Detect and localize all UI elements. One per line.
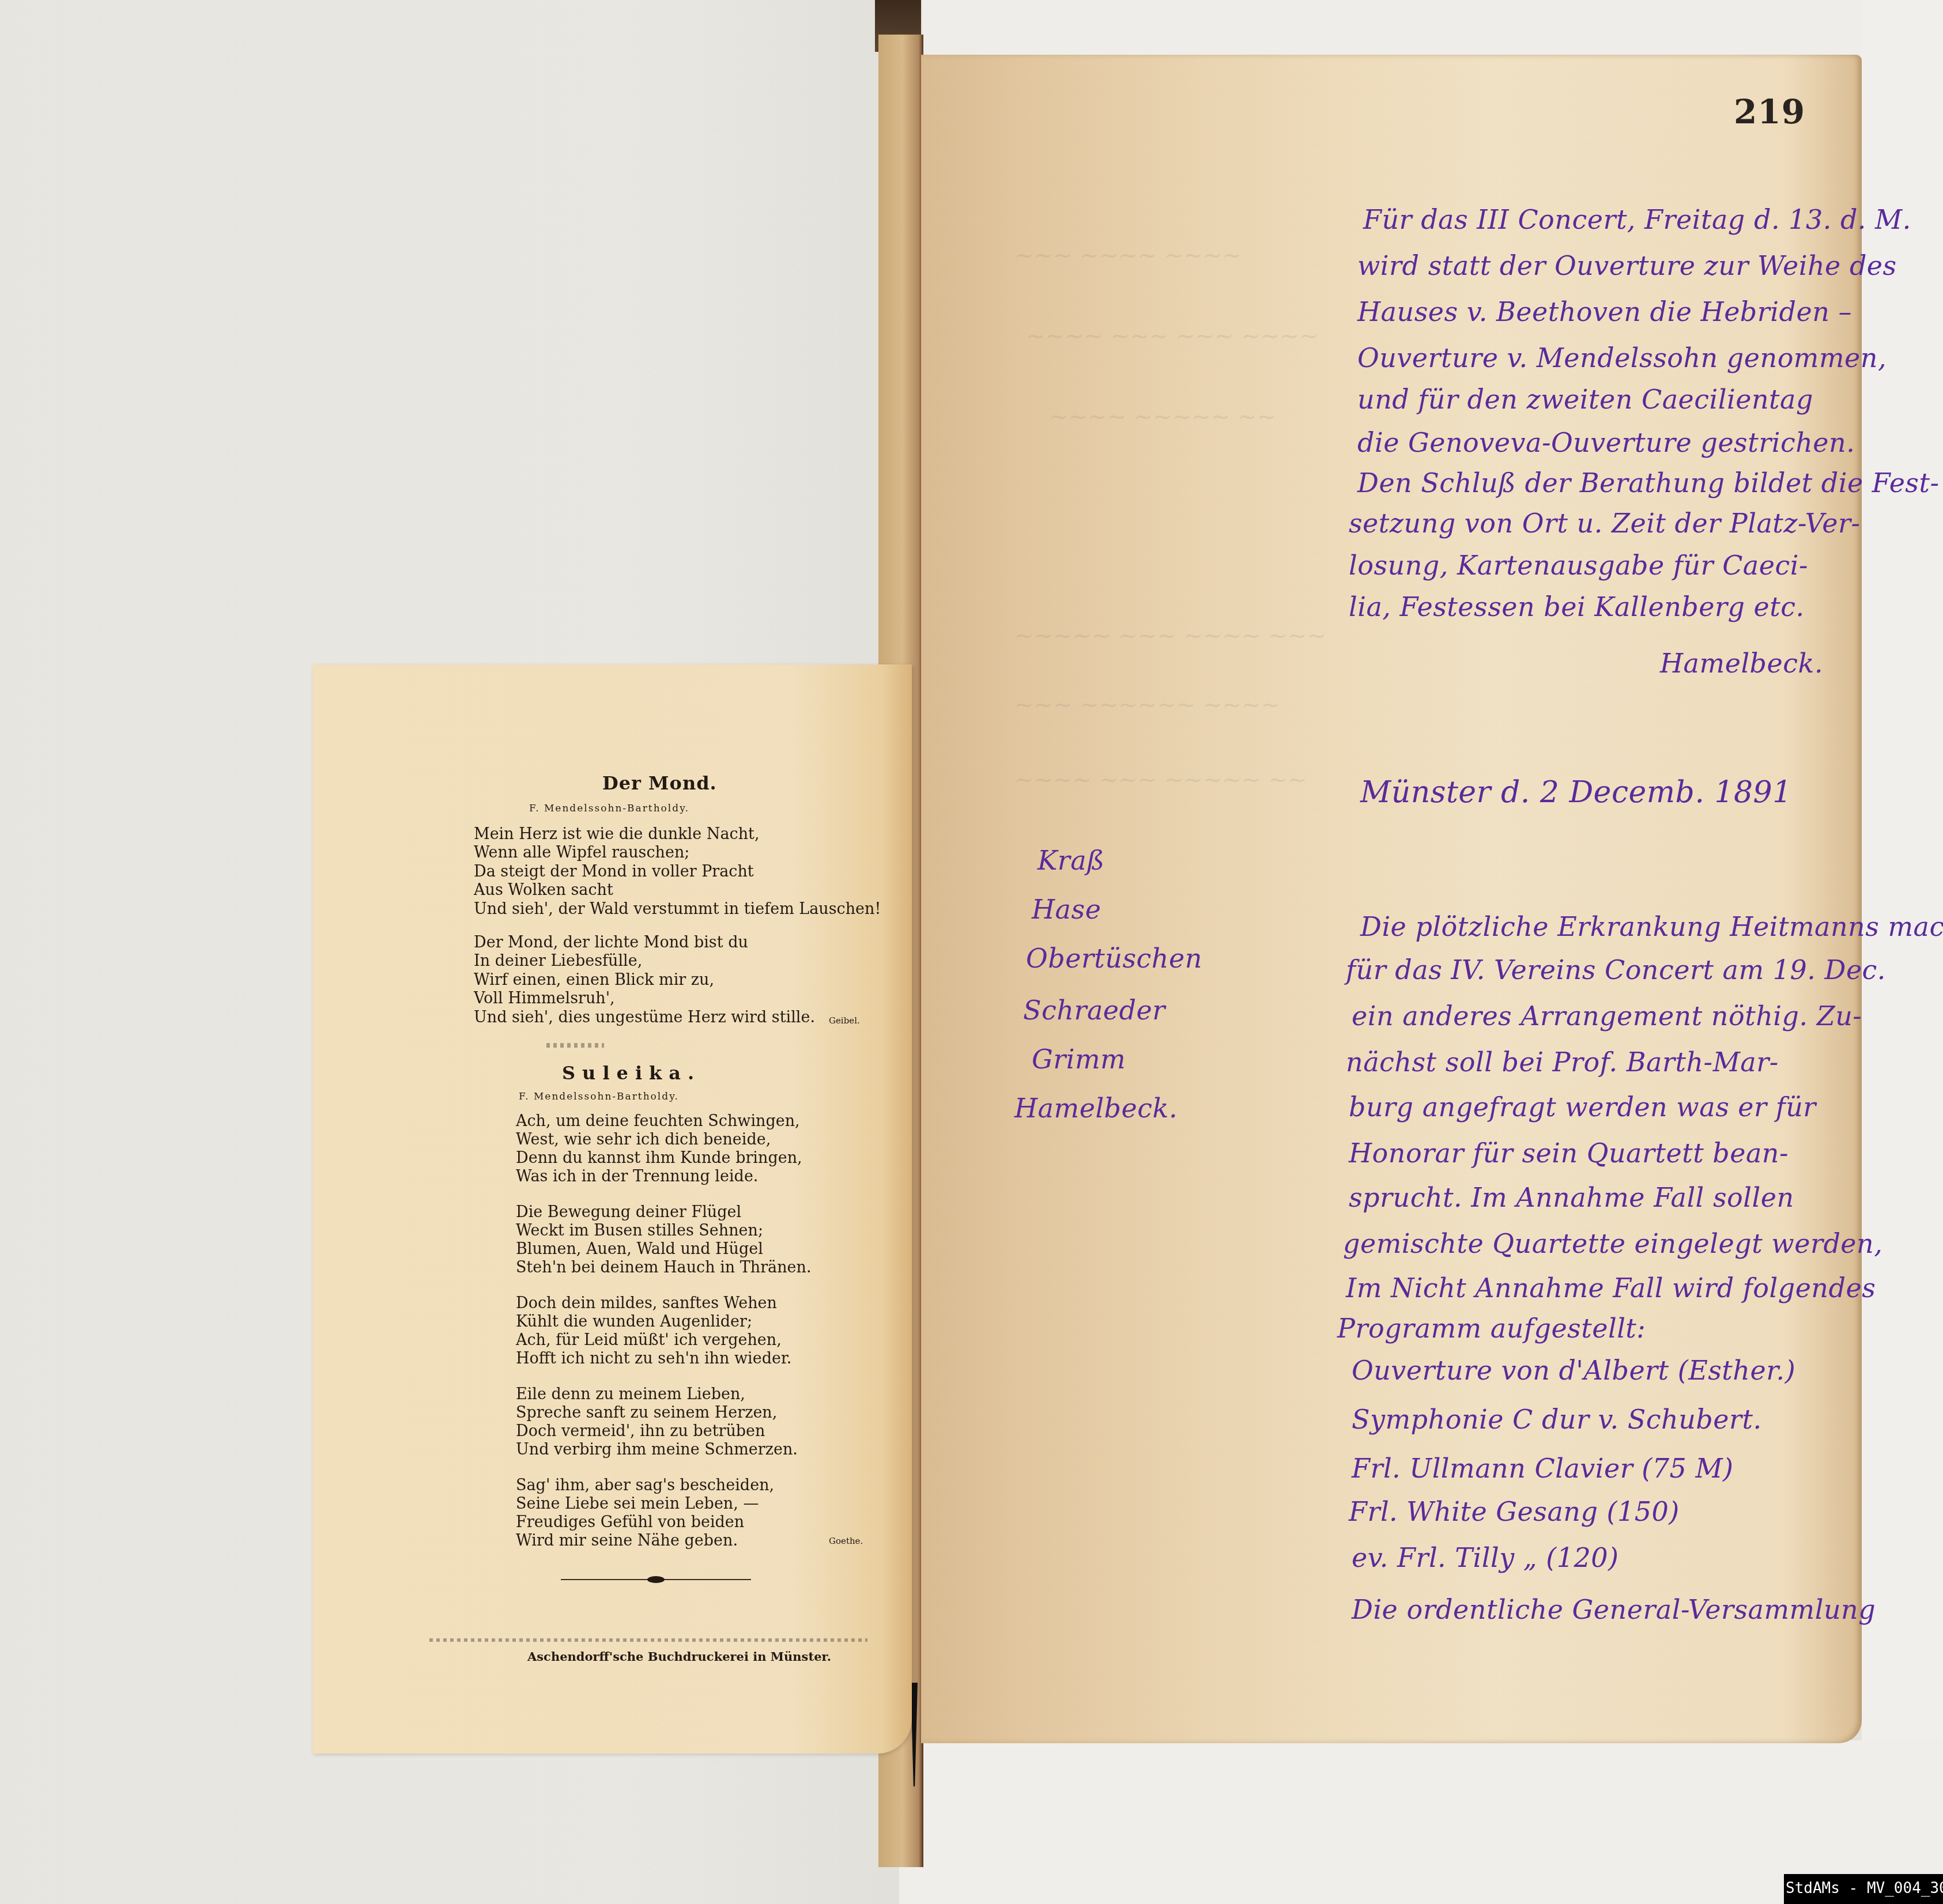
verse-line: Freudiges Gefühl von beiden [516,1513,744,1532]
verse-line: Und sieh', der Wald verstummt in tiefem … [474,900,881,919]
ornament-divider [561,1576,751,1583]
poem-title: Suleika. [562,1062,701,1084]
verse-line: Sag' ihm, aber sag's bescheiden, [516,1476,774,1495]
bleed-through-text: ~~~~ ~~~~~ ~~ [1049,403,1276,430]
attendee-name: Grimm [1032,1046,1126,1072]
footer-rule [429,1638,867,1642]
poem-poet: Geibel. [829,1015,860,1026]
verse-line: Doch dein mildes, sanftes Wehen [516,1294,777,1313]
verse-line: Wenn alle Wipfel rauschen; [474,844,689,863]
handwritten-line: gemischte Quartette eingelegt werden, [1343,1230,1882,1257]
attendee-name: Kraß [1037,847,1105,874]
program-item: Frl. Ullmann Clavier (75 M) [1352,1455,1734,1482]
verse-line: Ach, um deine feuchten Schwingen, [516,1112,800,1131]
verse-line: Steh'n bei deinem Hauch in Thränen. [516,1259,812,1278]
verse-line: Blumen, Auen, Wald und Hügel [516,1240,763,1259]
verse-line: Weckt im Busen stilles Sehnen; [516,1222,763,1241]
verse-line: Ach, für Leid müßt' ich vergehen, [516,1331,782,1350]
bleed-through-text: ~~~~ ~~~ ~~~ ~~~~ [1026,323,1318,349]
verse-line: Und sieh', dies ungestüme Herz wird stil… [474,1008,815,1027]
background-top-sheet [922,0,1943,58]
verse-line: Eile denn zu meinem Lieben, [516,1385,745,1404]
handwritten-line: sprucht. Im Annahme Fall sollen [1349,1184,1794,1211]
verse-line: Der Mond, der lichte Mond bist du [474,934,748,953]
handwritten-line: Die plötzliche Erkrankung Heitmanns mach… [1360,913,1943,940]
handwritten-line: Honorar für sein Quartett bean- [1349,1140,1789,1166]
handwritten-line: setzung von Ort u. Zeit der Platz-Ver- [1349,510,1861,537]
bleed-through-text: ~~~ ~~~~ ~~~~ [1014,242,1242,269]
handwritten-line: wird statt der Ouverture zur Weihe des [1357,252,1897,279]
poem-composer: F. Mendelssohn-Bartholdy. [529,803,689,814]
handwritten-line: für das IV. Vereins Concert am 19. Dec. [1346,957,1886,983]
bleed-through-text: ~~~ ~~~~~~ ~~~~ [1014,692,1280,718]
verse-line: Wird mir seine Nähe geben. [516,1532,738,1551]
handwritten-line: Programm aufgestellt: [1337,1315,1646,1342]
verse-line: Denn du kannst ihm Kunde bringen, [516,1149,802,1168]
attendee-name: Schraeder [1023,997,1165,1023]
handwritten-line: Im Nicht Annahme Fall wird folgendes [1346,1275,1876,1301]
verse-line: Voll Himmelsruh', [474,989,615,1008]
verse-line: Und verbirg ihm meine Schmerzen. [516,1441,798,1460]
printer-imprint: Aschendorff'sche Buchdruckerei in Münste… [527,1649,831,1664]
handwritten-line: Für das III Concert, Freitag d. 13. d. M… [1363,206,1911,233]
poem-composer: F. Mendelssohn-Bartholdy. [519,1091,679,1102]
divider [546,1043,604,1048]
entry-date-heading: Münster d. 2 Decemb. 1891 [1360,775,1792,810]
verse-line: Die Bewegung deiner Flügel [516,1203,741,1222]
bleed-through-text: ~~~~~ ~~~ ~~~~ ~~~ [1014,622,1326,649]
verse-line: West, wie sehr ich dich beneide, [516,1131,771,1150]
verse-line: Mein Herz ist wie die dunkle Nacht, [474,825,759,844]
attendee-name: Obertüschen [1026,945,1202,972]
page-number: 219 [1734,92,1805,131]
handwritten-line: und für den zweiten Caecilientag [1357,386,1813,413]
verse-line: Was ich in der Trennung leide. [516,1168,758,1187]
program-item: Ouverture von d'Albert (Esther.) [1352,1357,1795,1384]
bleed-through-text: ~~~~ ~~~ ~~~~~ ~~ [1014,766,1307,793]
program-item: Frl. White Gesang (150) [1349,1498,1680,1525]
verse-line: In deiner Liebesfülle, [474,952,642,971]
verse-line: Da steigt der Mond in voller Pracht [474,863,754,882]
signature: Hamelbeck. [1660,650,1823,677]
verse-line: Aus Wolken sacht [474,881,613,900]
handwritten-line: Ouverture v. Mendelssohn genommen, [1357,345,1887,371]
handwritten-line: Den Schluß der Berathung bildet die Fest… [1357,470,1940,496]
handwritten-line: ein anderes Arrangement nöthig. Zu- [1352,1003,1862,1029]
handwritten-line: lia, Festessen bei Kallenberg etc. [1349,594,1805,620]
poem-poet: Goethe. [829,1536,863,1546]
handwritten-line: losung, Kartenausgabe für Caeci- [1349,552,1808,579]
handwritten-line: Die ordentliche General-Versammlung [1352,1596,1876,1623]
verse-line: Doch vermeid', ihn zu betrüben [516,1422,765,1441]
attendee-name: Hamelbeck. [1014,1095,1178,1121]
program-item: ev. Frl. Tilly „ (120) [1352,1544,1618,1571]
poem-title: Der Mond. [602,772,717,794]
handwritten-line: Hauses v. Beethoven die Hebriden – [1357,299,1852,325]
attendee-name: Hase [1032,896,1101,923]
verse-line: Seine Liebe sei mein Leben, — [516,1495,759,1514]
verse-line: Wirf einen, einen Blick mir zu, [474,971,714,990]
handwritten-line: die Genoveva-Ouverture gestrichen. [1357,429,1855,456]
handwritten-line: nächst soll bei Prof. Barth-Mar- [1346,1049,1779,1075]
program-item: Symphonie C dur v. Schubert. [1352,1406,1762,1433]
handwritten-line: burg angefragt werden was er für [1349,1094,1816,1120]
verse-line: Spreche sanft zu seinem Herzen, [516,1404,777,1423]
archive-label: StdAMs - MV_004_302 [1786,1880,1943,1897]
ornament-center [647,1576,665,1583]
verse-line: Hofft ich nicht zu seh'n ihn wieder. [516,1350,791,1369]
verse-line: Kühlt die wunden Augenlider; [516,1313,752,1332]
